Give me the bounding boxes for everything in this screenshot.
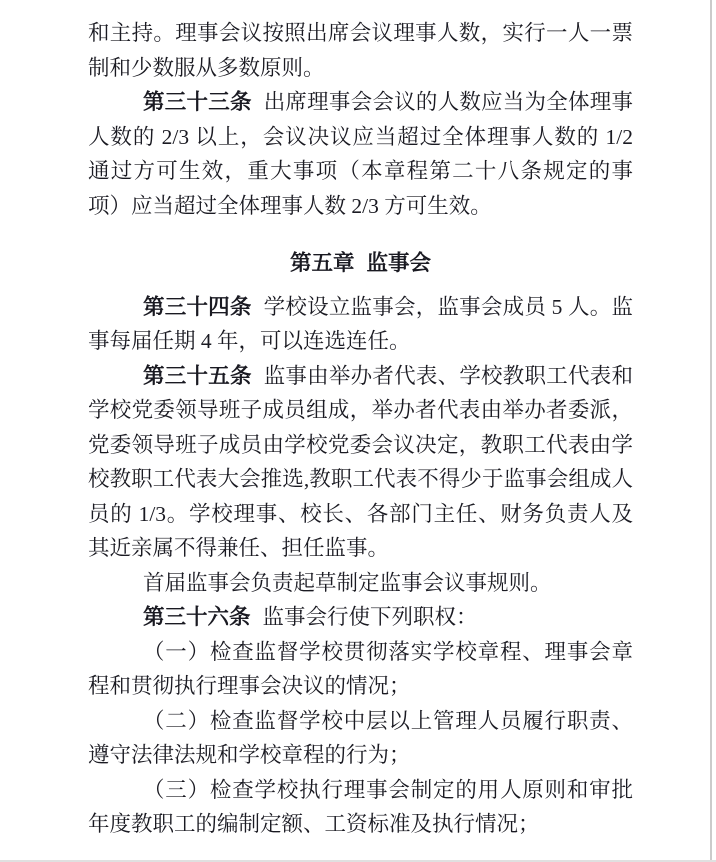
paragraph-text: 监事会行使下列职权： <box>263 605 478 629</box>
paragraph-text: 监事由举办者代表、学校教职工代表和学校党委领导班子成员组成，举办者代表由举办者委… <box>88 364 633 561</box>
paragraph: 和主持。理事会议按照出席会议理事人数，实行一人一票制和少数服从多数原则。 <box>88 16 633 85</box>
paragraph-text: （三）检查学校执行理事会制定的用人原则和审批年度教职工的编制定额、工资标准及执行… <box>88 778 633 837</box>
paragraph-text: （一）检查监督学校贯彻落实学校章程、理事会章程和贯彻执行理事会决议的情况； <box>88 640 633 699</box>
paragraph-text: 和主持。理事会议按照出席会议理事人数，实行一人一票制和少数服从多数原则。 <box>88 21 633 80</box>
article-paragraph: 第三十五条监事由举办者代表、学校教职工代表和学校党委领导班子成员组成，举办者代表… <box>88 359 633 566</box>
paragraph: （三）检查学校执行理事会制定的用人原则和审批年度教职工的编制定额、工资标准及执行… <box>88 773 633 842</box>
article-paragraph: 第三十六条监事会行使下列职权： <box>88 600 633 635</box>
document-body: 和主持。理事会议按照出席会议理事人数，实行一人一票制和少数服从多数原则。第三十三… <box>88 16 633 842</box>
article-number-label: 第三十六条 <box>143 605 251 629</box>
article-number-label: 第三十五条 <box>143 364 252 388</box>
document-page: 和主持。理事会议按照出席会议理事人数，实行一人一票制和少数服从多数原则。第三十三… <box>0 0 716 862</box>
chapter-heading: 第五章监事会 <box>88 246 633 281</box>
paragraph: （二）检查监督学校中层以上管理人员履行职责、遵守法律法规和学校章程的行为； <box>88 704 633 773</box>
chapter-title: 监事会 <box>367 251 432 275</box>
article-paragraph: 第三十四条学校设立监事会，监事会成员 5 人。监事每届任期 4 年，可以连选连任… <box>88 290 633 359</box>
chapter-number: 第五章 <box>290 251 355 275</box>
article-paragraph: 第三十三条出席理事会会议的人数应当为全体理事人数的 2/3 以上，会议决议应当超… <box>88 85 633 223</box>
paragraph: 首届监事会负责起草制定监事会议事规则。 <box>88 566 633 601</box>
article-number-label: 第三十四条 <box>143 295 252 319</box>
paragraph-text: 首届监事会负责起草制定监事会议事规则。 <box>143 571 552 595</box>
page-right-edge-line <box>710 0 712 862</box>
paragraph: （一）检查监督学校贯彻落实学校章程、理事会章程和贯彻执行理事会决议的情况； <box>88 635 633 704</box>
paragraph-text: （二）检查监督学校中层以上管理人员履行职责、遵守法律法规和学校章程的行为； <box>88 709 633 768</box>
article-number-label: 第三十三条 <box>143 90 252 114</box>
